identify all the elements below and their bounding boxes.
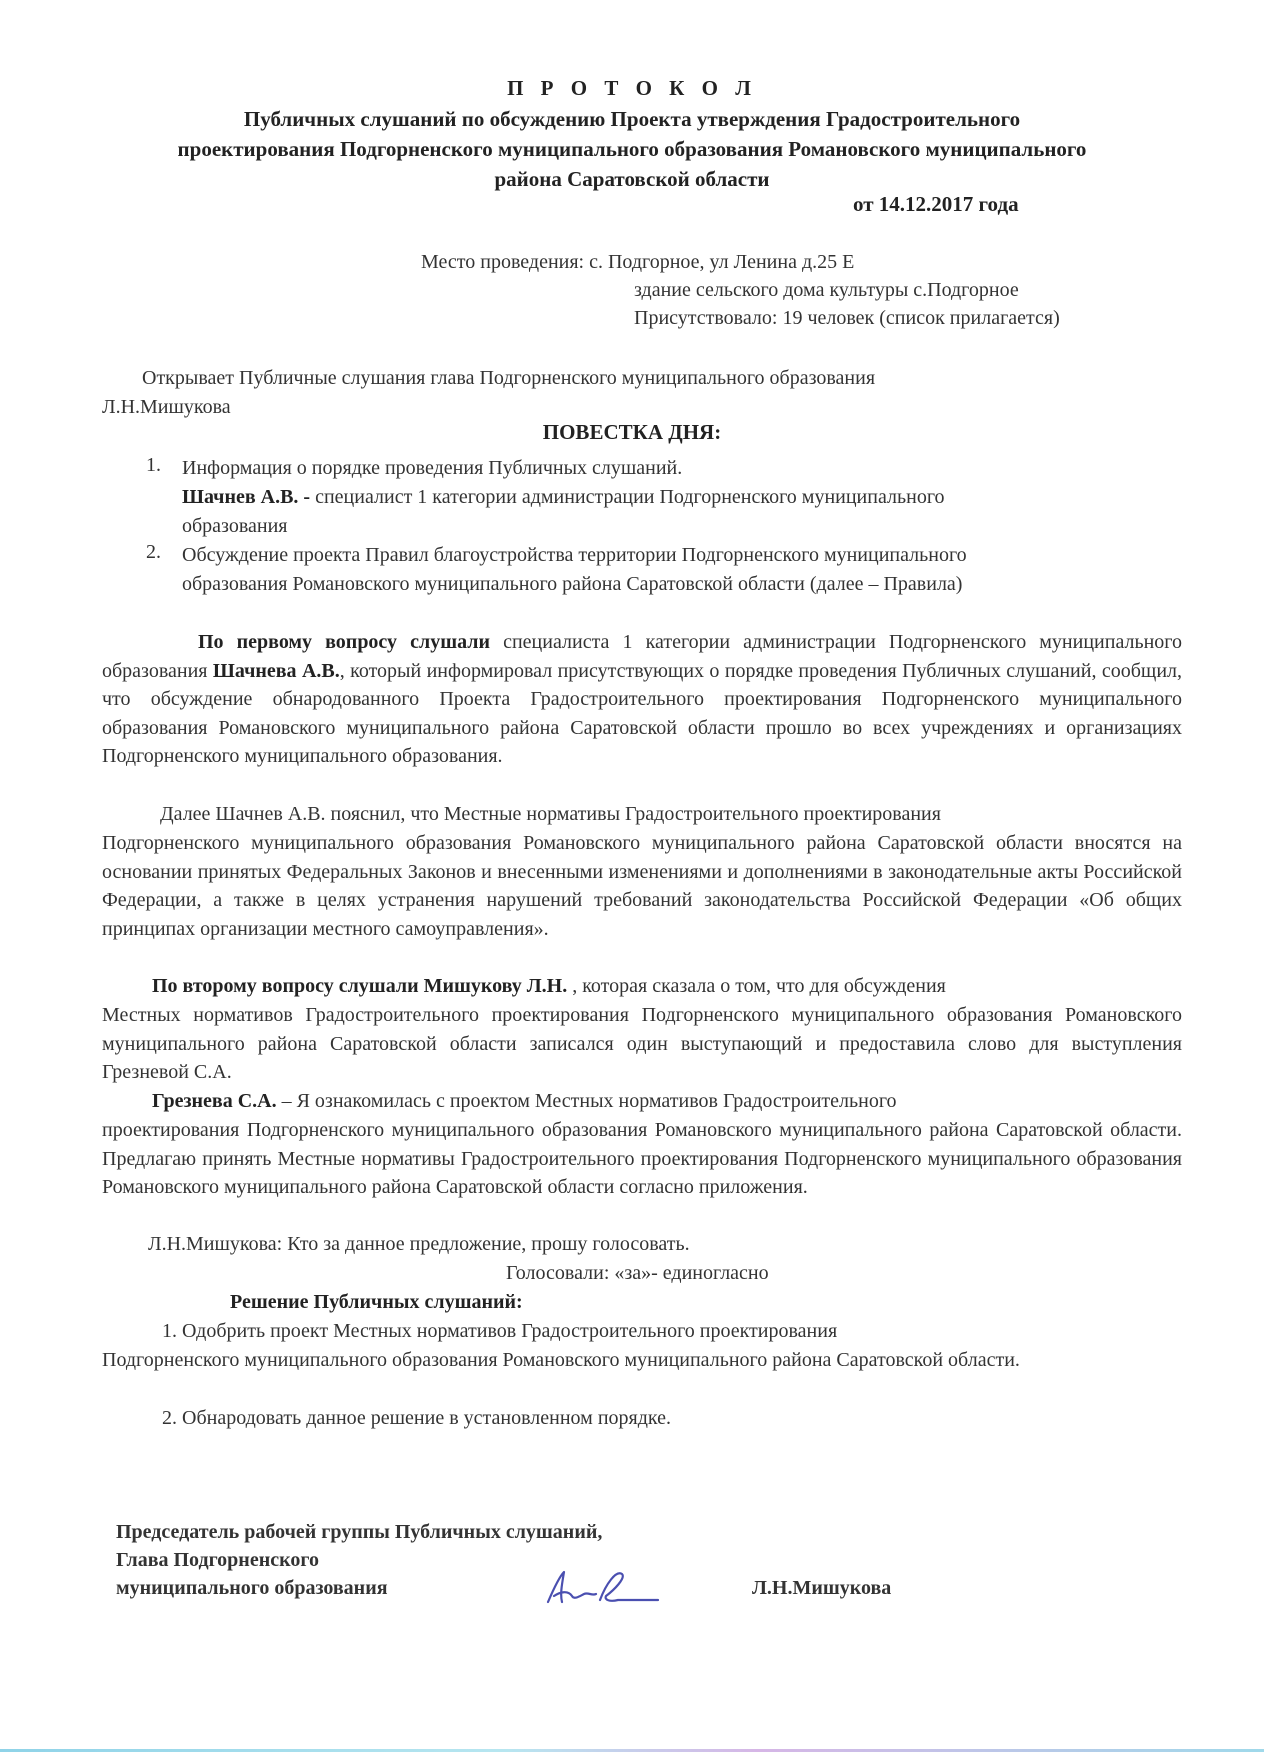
speech-text: – Я ознакомилась с проектом Местных норм… (277, 1090, 897, 1112)
agenda-item-1-text: Информация о порядке проведения Публичны… (182, 454, 682, 483)
agenda-item-1-continuation: образования (182, 512, 288, 541)
speaker-name: Шачнев А.В. - (182, 486, 310, 508)
speaker-name: Грезнева С.А. (152, 1090, 277, 1112)
agenda-item-1-speaker: Шачнев А.В. - специалист 1 категории адм… (182, 483, 945, 512)
agenda-item-2-number: 2. (146, 541, 161, 564)
explanation-first-line: Далее Шачнев А.В. пояснил, что Местные н… (160, 800, 941, 829)
subtitle-line: района Саратовской области (0, 164, 1264, 194)
first-question-lead: По первому вопросу слушали (198, 631, 490, 653)
signature-title-line2: Глава Подгорненского (116, 1546, 319, 1574)
second-question-text: , которая сказала о том, что для обсужде… (567, 975, 946, 997)
handwritten-signature-icon (540, 1566, 670, 1610)
vote-result: Голосовали: «за»- единогласно (506, 1259, 769, 1288)
agenda-item-2-text: Обсуждение проекта Правил благоустройств… (182, 541, 967, 570)
subtitle-line: проектирования Подгорненского муниципаль… (0, 134, 1264, 164)
document-date: от 14.12.2017 года (853, 192, 1019, 217)
signatory-name: Л.Н.Мишукова (752, 1574, 891, 1602)
decision-item-1: Подгорненского муниципального образовани… (102, 1346, 1182, 1375)
venue-building: здание сельского дома культуры с.Подгорн… (634, 276, 1019, 304)
signature-title-line1: Председатель рабочей группы Публичных сл… (116, 1518, 602, 1546)
opening-name: Л.Н.Мишукова (102, 393, 231, 422)
agenda-item-1-number: 1. (146, 454, 161, 477)
signature-title-line3: муниципального образования (116, 1574, 388, 1602)
opening-line: Открывает Публичные слушания глава Подго… (142, 364, 875, 393)
second-question-paragraph: Местных нормативов Градостроительного пр… (102, 1001, 1182, 1087)
first-question-paragraph: По первому вопросу слушали специалиста 1… (102, 628, 1182, 771)
document-page: П Р О Т О К О Л Публичных слушаний по об… (0, 0, 1264, 1752)
venue-address: Место проведения: с. Подгорное, ул Ленин… (421, 248, 854, 276)
explanation-paragraph: Подгорненского муниципального образовани… (102, 829, 1182, 943)
decision-item-1-first-line: 1. Одобрить проект Местных нормативов Гр… (162, 1317, 837, 1346)
document-subtitle: Публичных слушаний по обсуждению Проекта… (0, 104, 1264, 194)
subtitle-line: Публичных слушаний по обсуждению Проекта… (0, 104, 1264, 134)
agenda-heading: ПОВЕСТКА ДНЯ: (0, 420, 1264, 445)
speaker-name: Шачнева А.В. (213, 660, 340, 682)
second-question-lead: По второму вопросу слушали Мишукову Л.Н. (152, 975, 567, 997)
vote-call: Л.Н.Мишукова: Кто за данное предложение,… (148, 1230, 690, 1259)
decision-heading: Решение Публичных слушаний: (230, 1288, 523, 1317)
speech-first-line: Грезнева С.А. – Я ознакомилась с проекто… (152, 1087, 897, 1116)
agenda-item-2-continuation: образования Романовского муниципального … (182, 570, 962, 599)
attendance: Присутствовало: 19 человек (список прила… (634, 304, 1060, 332)
decision-item-2: 2. Обнародовать данное решение в установ… (162, 1404, 671, 1433)
speech-paragraph: проектирования Подгорненского муниципаль… (102, 1116, 1182, 1202)
speaker-role: специалист 1 категории администрации Под… (310, 486, 944, 508)
second-question-first-line: По второму вопросу слушали Мишукову Л.Н.… (152, 972, 946, 1001)
document-title: П Р О Т О К О Л (0, 76, 1264, 101)
